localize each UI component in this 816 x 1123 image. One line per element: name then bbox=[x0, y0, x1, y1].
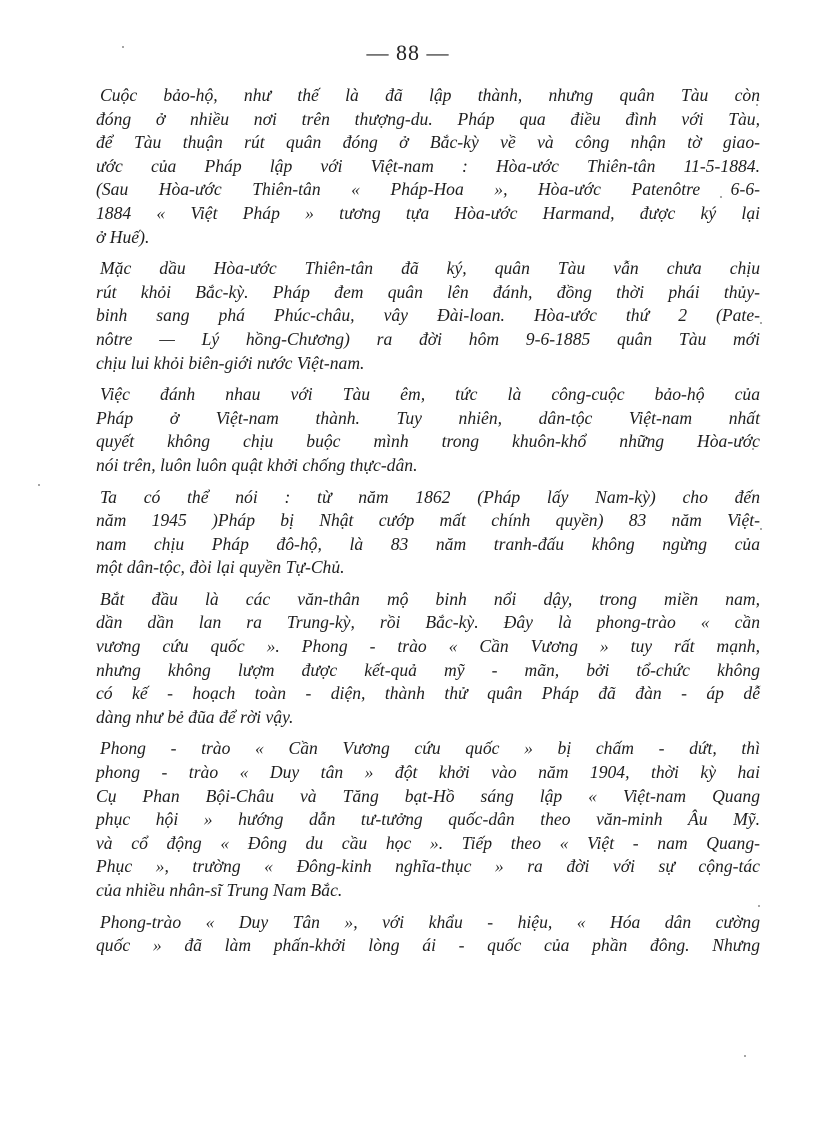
paragraph-5: Bắt đầu là các văn-thân mộ binh nổi dậy,… bbox=[100, 588, 760, 730]
text-line: dần dần lan ra Trung-kỳ, rồi Bắc-kỳ. Đây… bbox=[96, 611, 760, 635]
text-line: đóng ở nhiều nơi trên thượng-du. Pháp qu… bbox=[96, 108, 760, 132]
text-line: phong - trào « Duy tân » đột khởi vào nă… bbox=[96, 761, 760, 785]
text-line: của nhiều nhân-sĩ Trung Nam Bắc. bbox=[96, 879, 760, 903]
text-line: một dân-tộc, đòi lại quyền Tự-Chủ. bbox=[96, 556, 760, 580]
text-line: Phục », trường « Đông-kinh nghĩa-thục » … bbox=[96, 855, 760, 879]
text-line: để Tàu thuận rút quân đóng ở Bắc-kỳ về v… bbox=[96, 131, 760, 155]
scan-speck bbox=[752, 448, 754, 450]
text-line: Việc đánh nhau với Tàu êm, tức là công-c… bbox=[100, 383, 760, 407]
scan-speck bbox=[756, 104, 758, 106]
paragraph-4: Ta có thể nói : từ năm 1862 (Pháp lấy Na… bbox=[100, 486, 760, 580]
text-line: Cuộc bảo-hộ, như thế là đã lập thành, nh… bbox=[100, 84, 760, 108]
text-line: 1884 « Việt Pháp » tương tựa Hòa-ước Har… bbox=[96, 202, 760, 226]
text-line: Cụ Phan Bội-Châu và Tăng bạt-Hồ sáng lập… bbox=[96, 785, 760, 809]
text-line: rút khỏi Bắc-kỳ. Pháp đem quân lên đánh,… bbox=[96, 281, 760, 305]
paragraph-1: Cuộc bảo-hộ, như thế là đã lập thành, nh… bbox=[100, 84, 760, 249]
paragraph-6: Phong - trào « Cần Vương cứu quốc » bị c… bbox=[100, 737, 760, 902]
text-line: nhưng không lượm được kết-quả mỹ - mãn, … bbox=[96, 659, 760, 683]
text-line: Phong - trào « Cần Vương cứu quốc » bị c… bbox=[100, 737, 760, 761]
text-line: (Sau Hòa-ước Thiên-tân « Pháp-Hoa », Hòa… bbox=[96, 178, 760, 202]
text-line: Phong-trào « Duy Tân », với khẩu - hiệu,… bbox=[100, 911, 760, 935]
body-text: Cuộc bảo-hộ, như thế là đã lập thành, nh… bbox=[100, 84, 760, 966]
text-line: Bắt đầu là các văn-thân mộ binh nổi dậy,… bbox=[100, 588, 760, 612]
scan-speck bbox=[744, 1055, 746, 1057]
paragraph-2: Mặc dầu Hòa-ước Thiên-tân đã ký, quân Tà… bbox=[100, 257, 760, 375]
text-line: vương cứu quốc ». Phong - trào « Cần Vươ… bbox=[96, 635, 760, 659]
text-line: năm 1945 )Pháp bị Nhật cướp mất chính qu… bbox=[96, 509, 760, 533]
text-line: phục hội » hướng dẫn tư-tưởng quốc-dân t… bbox=[96, 808, 760, 832]
scan-speck bbox=[760, 322, 762, 324]
paragraph-7: Phong-trào « Duy Tân », với khẩu - hiệu,… bbox=[100, 911, 760, 958]
text-line: ước của Pháp lập với Việt-nam : Hòa-ước … bbox=[96, 155, 760, 179]
text-line: quyết không chịu buộc mình trong khuôn-k… bbox=[96, 430, 760, 454]
text-line: có kế - hoạch toàn - diện, thành thử quâ… bbox=[96, 682, 760, 706]
scan-speck bbox=[38, 484, 40, 486]
scan-speck bbox=[720, 196, 722, 198]
page-number: — 88 — bbox=[0, 40, 816, 66]
text-line: nôtre — Lý hồng-Chương) ra đời hôm 9-6-1… bbox=[96, 328, 760, 352]
text-line: nói trên, luôn luôn quật khởi chống thực… bbox=[96, 454, 760, 478]
text-line: Mặc dầu Hòa-ước Thiên-tân đã ký, quân Tà… bbox=[100, 257, 760, 281]
text-line: Pháp ở Việt-nam thành. Tuy nhiên, dân-tộ… bbox=[96, 407, 760, 431]
text-line: và cổ động « Đông du cầu học ». Tiếp the… bbox=[96, 832, 760, 856]
scan-speck bbox=[758, 905, 760, 907]
text-line: Ta có thể nói : từ năm 1862 (Pháp lấy Na… bbox=[100, 486, 760, 510]
text-line: quốc » đã làm phấn-khởi lòng ái - quốc c… bbox=[96, 934, 760, 958]
text-line: nam chịu Pháp đô-hộ, là 83 năm tranh-đấu… bbox=[96, 533, 760, 557]
scan-speck bbox=[122, 46, 124, 48]
text-line: dàng như bẻ đũa để rời vậy. bbox=[96, 706, 760, 730]
scan-speck bbox=[760, 528, 762, 530]
paragraph-3: Việc đánh nhau với Tàu êm, tức là công-c… bbox=[100, 383, 760, 477]
text-line: chịu lui khỏi biên-giới nước Việt-nam. bbox=[96, 352, 760, 376]
text-line: binh sang phá Phúc-châu, vây Đài-loan. H… bbox=[96, 304, 760, 328]
text-line: ở Huế). bbox=[96, 226, 760, 250]
